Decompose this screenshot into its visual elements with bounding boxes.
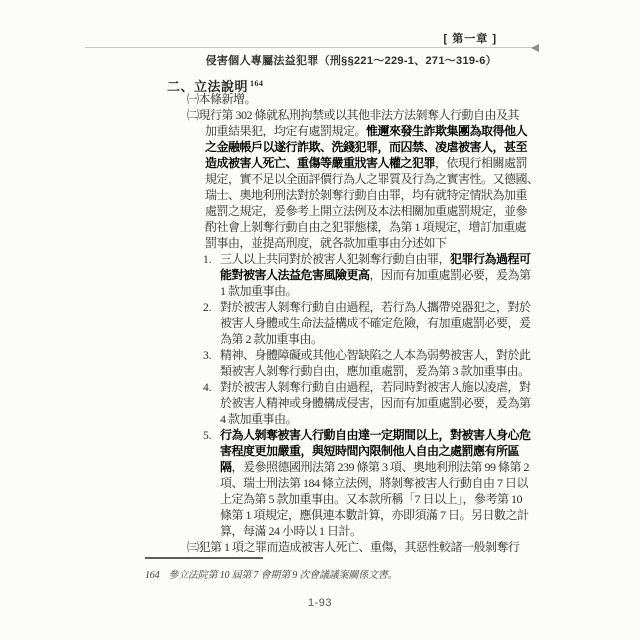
footnote-reference: 164 xyxy=(250,79,264,88)
text-line: ㈢犯第 1 項之罪而造成被害人死亡、重傷，其惡性較諸一般剝奪行 xyxy=(187,539,527,555)
text-segment: 於被害人精神或身體構成侵害，因而有加重處罰必要，爰為第 xyxy=(220,396,531,410)
emphasized-text: 造成被害人死亡、重傷等嚴重戕害人權之犯罪 xyxy=(205,156,435,170)
text-line: 能對被害人法益危害風險更高，因而有加重處罰必要，爰為第 xyxy=(187,267,527,283)
text-line: 造成被害人死亡、重傷等嚴重戕害人權之犯罪，依現行相關處罰 xyxy=(187,155,527,171)
text-line: 4 款加重事由。 xyxy=(187,411,527,427)
list-number: 5. xyxy=(203,428,220,444)
text-line: 規定，實不足以全面評價行為人之罪質及行為之實害性。又德國、 xyxy=(187,171,527,187)
list-number: 2. xyxy=(203,300,220,316)
text-segment: 被害人身體或生命法益構成不確定危險，有加重處罰必要，爰 xyxy=(220,316,531,330)
text-line: 為第 2 款加重事由。 xyxy=(187,331,527,347)
text-segment: 對於被害人剝奪行動自由過程，若行為人攜帶兇器犯之，對於 xyxy=(220,300,531,314)
text-segment: 條第 1 項規定，應俱連本數計算，亦即須滿 7 日。另日數之計 xyxy=(220,508,529,522)
text-segment: ㈡現行第 302 條就私刑拘禁或以其他非法方法剝奪人行動自由及其 xyxy=(187,108,519,122)
list-number: 4. xyxy=(203,380,220,396)
text-segment: 為第 2 款加重事由。 xyxy=(220,332,323,346)
list-number: 1. xyxy=(203,252,220,268)
text-line: 被害人身體或生命法益構成不確定危險，有加重處罰必要，爰 xyxy=(187,315,527,331)
text-line: 2.對於被害人剝奪行動自由過程，若行為人攜帶兇器犯之，對於 xyxy=(187,299,527,315)
footnote-separator xyxy=(145,557,263,559)
text-line: 加重結果犯，均定有處罰規定。惟邇來發生詐欺集團為取得他人 xyxy=(187,123,527,139)
text-segment: 罰事由，並提高刑度，就各款加重事由分述如下 xyxy=(205,236,447,250)
footnote: 164參立法院第 10 屆第 7 會期第 9 次會議議案關係文書。 xyxy=(145,566,445,581)
text-line: 1 款加重事由。 xyxy=(187,283,527,299)
emphasized-text: 犯罪行為過程可 xyxy=(450,252,531,266)
text-line: 5.行為人剝奪被害人行動自由達一定期間以上，對被害人身心危 xyxy=(187,427,527,443)
body-text-block: ㈠本條新增。㈡現行第 302 條就私刑拘禁或以其他非法方法剝奪人行動自由及其加重… xyxy=(187,91,527,555)
text-line: 處罰之規定，爰參考上開立法例及本法相關加重處罰規定，並參 xyxy=(187,203,527,219)
text-line: 類被害人剝奪行動自由，應加重處罰，爰為第 3 款加重事由。 xyxy=(187,363,527,379)
text-line: 酌社會上剝奪行動自由之犯罪態樣，為第 1 項規定，增訂加重處 xyxy=(187,219,527,235)
text-line: 項、瑞士刑法第 184 條立法例，將剝奪被害人行動自由 7 日以 xyxy=(187,475,527,491)
text-line: ㈠本條新增。 xyxy=(187,91,527,107)
text-line: 算，每滿 24 小時以 1 日計。 xyxy=(187,523,527,539)
footnote-number: 164 xyxy=(145,570,159,581)
footnote-text: 參立法院第 10 屆第 7 會期第 9 次會議議案關係文書。 xyxy=(168,570,397,581)
text-segment: 1 款加重事由。 xyxy=(220,284,297,298)
emphasized-text: 能對被害人法益危害風險更高 xyxy=(220,268,370,282)
text-line: 隔，爰參照德國刑法第 239 條第 3 項、奧地利刑法第 99 條第 2 xyxy=(187,459,527,475)
text-segment: 三人以上共同對於被害人犯剝奪行動自由罪， xyxy=(220,252,450,266)
text-line: 罰事由，並提高刑度，就各款加重事由分述如下 xyxy=(187,235,527,251)
text-segment: 精神、身體障礙或其他心智缺陷之人本為弱勢被害人，對於此 xyxy=(220,348,531,362)
text-segment: 4 款加重事由。 xyxy=(220,412,297,426)
emphasized-text: 行為人剝奪被害人行動自由達一定期間以上，對被害人身心危 xyxy=(220,428,531,442)
emphasized-text: 害程度更加嚴重，與短時間內限制他人自由之處罰應有所區 xyxy=(220,444,519,458)
text-segment: 規定，實不足以全面評價行為人之罪質及行為之實害性。又德國、 xyxy=(205,172,539,186)
text-line: 於被害人精神或身體構成侵害，因而有加重處罰必要，爰為第 xyxy=(187,395,527,411)
text-segment: ，依現行相關處罰 xyxy=(435,156,527,170)
text-line: ㈡現行第 302 條就私刑拘禁或以其他非法方法剝奪人行動自由及其 xyxy=(187,107,527,123)
text-line: 瑞士、奧地利刑法對於剝奪行動自由罪，均有就特定情狀為加重 xyxy=(187,187,527,203)
text-segment: ，因而有加重處罰必要，爰為第 xyxy=(370,268,531,282)
book-page: [ 第一章 ] 侵害個人專屬法益犯罪（刑§§221～229-1、271～319-… xyxy=(0,0,640,640)
text-segment: ，爰參照德國刑法第 239 條第 3 項、奧地利刑法第 99 條第 2 xyxy=(232,460,530,474)
chapter-tag: [ 第一章 ] xyxy=(444,30,497,46)
text-line: 4.對於被害人剝奪行動自由過程，若同時對被害人施以凌虐，對 xyxy=(187,379,527,395)
running-header-title: 侵害個人專屬法益犯罪（刑§§221～229-1、271～319-6） xyxy=(206,52,497,68)
text-line: 上定為第 5 款加重事由。又本款所稱「7 日以上」，參考第 10 xyxy=(187,491,527,507)
text-line: 1.三人以上共同對於被害人犯剝奪行動自由罪，犯罪行為過程可 xyxy=(187,251,527,267)
text-line: 3.精神、身體障礙或其他心智缺陷之人本為弱勢被害人，對於此 xyxy=(187,347,527,363)
text-segment: ㈠本條新增。 xyxy=(187,92,256,106)
text-line: 之金融帳戶以遂行詐欺、洗錢犯罪，而囚禁、凌虐被害人，甚至 xyxy=(187,139,527,155)
text-segment: 上定為第 5 款加重事由。又本款所稱「7 日以上」，參考第 10 xyxy=(220,492,522,506)
text-segment: 類被害人剝奪行動自由，應加重處罰，爰為第 3 款加重事由。 xyxy=(220,364,530,378)
list-number: 3. xyxy=(203,348,220,364)
text-segment: 加重結果犯，均定有處罰規定。 xyxy=(205,124,366,138)
text-segment: ㈢犯第 1 項之罪而造成被害人死亡、重傷，其惡性較諸一般剝奪行 xyxy=(187,540,520,554)
page-number: 1-93 xyxy=(0,597,640,609)
text-segment: 瑞士、奧地利刑法對於剝奪行動自由罪，均有就特定情狀為加重 xyxy=(205,188,527,202)
text-segment: 算，每滿 24 小時以 1 日計。 xyxy=(220,524,362,538)
text-segment: 處罰之規定，爰參考上開立法例及本法相關加重處罰規定，並參 xyxy=(205,204,527,218)
emphasized-text: 隔 xyxy=(220,460,232,474)
header-rule xyxy=(85,47,533,48)
text-line: 害程度更加嚴重，與短時間內限制他人自由之處罰應有所區 xyxy=(187,443,527,459)
text-segment: 項、瑞士刑法第 184 條立法例，將剝奪被害人行動自由 7 日以 xyxy=(220,476,528,490)
text-segment: 酌社會上剝奪行動自由之犯罪態樣，為第 1 項規定，增訂加重處 xyxy=(205,220,526,234)
emphasized-text: 惟邇來發生詐欺集團為取得他人 xyxy=(366,124,527,138)
text-segment: 對於被害人剝奪行動自由過程，若同時對被害人施以凌虐，對 xyxy=(220,380,531,394)
left-triangle-icon xyxy=(531,44,539,52)
text-line: 條第 1 項規定，應俱連本數計算，亦即須滿 7 日。另日數之計 xyxy=(187,507,527,523)
emphasized-text: 之金融帳戶以遂行詐欺、洗錢犯罪，而囚禁、凌虐被害人，甚至 xyxy=(205,140,527,154)
